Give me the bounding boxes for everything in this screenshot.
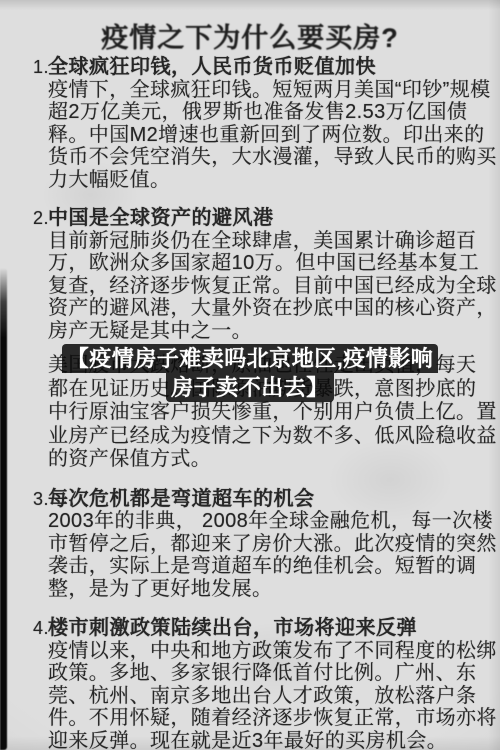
- section-heading-text: 楼市刺激政策陆续出台，市场将迎来反弹: [48, 617, 417, 640]
- text-line: 迎来反弹。现在就是近3年最好的买房机会。: [48, 730, 490, 750]
- text-line: 中行原油宝客户损失惨重，个别用户负债上亿。置: [48, 401, 490, 425]
- text-line: 业房产已经成为疫情之下为数不多、低风险稳收益: [48, 425, 490, 449]
- text-line: 疫情以来，中央和地方政策发布了不同程度的松绑: [48, 640, 490, 663]
- text-line: 房产无疑是其中之一。: [48, 320, 490, 343]
- section-number: 4.: [33, 617, 48, 640]
- watermark-caption-row: 【疫情房子难卖吗北京地区,疫情影响: [0, 344, 500, 373]
- section-heading: 2. 中国是全球资产的避风港: [33, 207, 490, 230]
- section-heading-text: 全球疯狂印钱，人民币货币贬值加快: [48, 56, 376, 79]
- text-line: 莞、杭州、南京多地出台人才政策，放松落户条: [48, 685, 490, 708]
- watermark-caption: 【疫情房子难卖吗北京地区,疫情影响 房子卖不出去】: [0, 344, 500, 402]
- section-2: 2. 中国是全球资产的避风港 目前新冠肺炎仍在全球肆虐，美国累计确诊超百 万，欧…: [33, 207, 490, 342]
- text-line: 件。不用怀疑，随着经济逐步恢复正常，市场亦将: [48, 707, 490, 730]
- watermark-caption-row: 房子卖不出去】: [0, 373, 500, 402]
- section-heading: 4. 楼市刺激政策陆续出台，市场将迎来反弹: [33, 617, 490, 640]
- section-number: 1.: [33, 56, 48, 79]
- text-line: 货币不会凭空消失，大水漫灌，导致人民币的购买: [48, 146, 490, 169]
- section-heading: 1. 全球疯狂印钱，人民币货币贬值加快: [33, 56, 490, 79]
- text-line: 市暂停之后，都迎来了房价大涨。此次疫情的突然: [48, 533, 490, 556]
- section-number: 2.: [33, 207, 48, 230]
- section-3: 3. 每次危机都是弯道超车的机会 2003年的非典， 2008年全球金融危机，每…: [33, 488, 490, 601]
- text-line: 万，欧洲众多国家超10万。但中国已经基本复工: [48, 252, 490, 275]
- poster-photo: 疫情之下为什么要买房? 1. 全球疯狂印钱，人民币货币贬值加快 疫情下，全球疯狂…: [0, 0, 500, 750]
- text-line: 袭击，实际上是弯道超车的绝佳机会。短暂的调: [48, 555, 490, 578]
- watermark-caption-line1: 【疫情房子难卖吗北京地区,疫情影响: [62, 344, 439, 373]
- page-title: 疫情之下为什么要买房?: [0, 16, 500, 55]
- watermark-caption-line2: 房子卖不出去】: [166, 373, 334, 402]
- text-line: 超2万亿美元，俄罗斯也准备发售2.53万亿国债: [48, 101, 490, 124]
- section-1: 1. 全球疯狂印钱，人民币货币贬值加快 疫情下，全球疯狂印钱。短短两月美国“印钞…: [33, 56, 490, 191]
- text-line: 疫情下，全球疯狂印钱。短短两月美国“印钞”规模: [48, 79, 490, 102]
- poster-body: 1. 全球疯狂印钱，人民币货币贬值加快 疫情下，全球疯狂印钱。短短两月美国“印钞…: [33, 56, 490, 750]
- text-line: 目前新冠肺炎仍在全球肆虐，美国累计确诊超百: [48, 230, 490, 253]
- section-number: 3.: [33, 488, 48, 511]
- text-line: 释。中国M2增速也重新回到了两位数。印出来的: [48, 124, 490, 147]
- section-heading-text: 中国是全球资产的避风港: [48, 207, 274, 230]
- text-line: 2003年的非典， 2008年全球金融危机，每一次楼: [48, 510, 490, 533]
- section-heading-text: 每次危机都是弯道超车的机会: [48, 488, 315, 511]
- section-heading: 3. 每次危机都是弯道超车的机会: [33, 488, 490, 511]
- text-line: 资产的避风港，大量外资在抄底中国的核心资产，: [48, 297, 490, 320]
- photo-edge-shadow: [0, 268, 7, 750]
- section-4: 4. 楼市刺激政策陆续出台，市场将迎来反弹 疫情以来，中央和地方政策发布了不同程…: [33, 617, 490, 750]
- text-line: 政策。多地、多家银行降低首付比例。广州、东: [48, 662, 490, 685]
- text-line: 复查，经济逐步恢复正常。目前中国已经成为全球: [48, 275, 490, 298]
- text-line: 的资产保值方式。: [48, 448, 490, 472]
- text-line: 整，是为了更好地发展。: [48, 578, 490, 601]
- text-line: 力大幅贬值。: [48, 169, 490, 192]
